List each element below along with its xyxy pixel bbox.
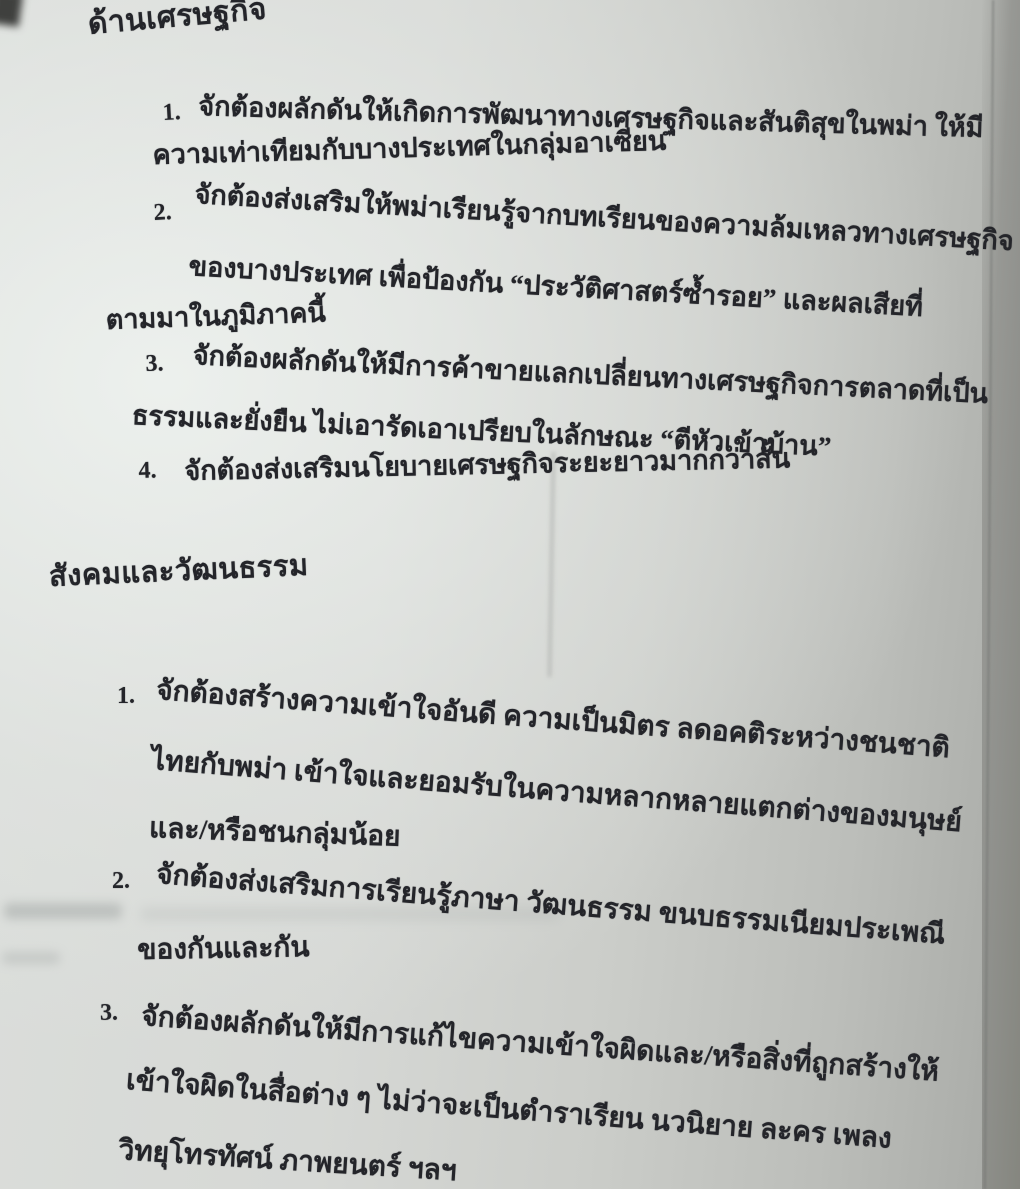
list-item-number: 3. [145,350,164,378]
photographed-book-page: ด้านเศรษฐกิจ 1. จักต้องผลักดันให้เกิดการ… [0,0,1020,1189]
section-heading-economy: ด้านเศรษฐกิจ [86,0,269,48]
list-item-number: 4. [138,457,157,485]
list-item-number: 3. [100,1000,118,1027]
text-line: และ/หรือชนกลุ่มน้อย [148,806,401,859]
list-item-number: 2. [112,868,130,895]
ink-bleedthrough-smudge [4,903,122,919]
list-item-number: 1. [162,99,181,127]
text-line: ของกันและกัน [137,925,310,972]
photo-corner-shadow [0,0,23,27]
list-item-number: 2. [153,199,172,227]
text-line: จักต้องส่งเสริมให้พม่าเรียนรู้จากบทเรียน… [194,172,1015,262]
text-line: จักต้องส่งเสริมนโยบายเศรษฐกิจระยะยาวมากก… [184,436,791,492]
ink-bleedthrough-smudge [2,952,60,964]
list-item-number: 1. [117,683,135,710]
paper-crease [548,452,555,677]
text-line: วิทยุโทรทัศน์ ภาพยนตร์ ฯลฯ [117,1128,458,1189]
section-heading-society: สังคมและวัฒนธรรม [48,542,309,599]
